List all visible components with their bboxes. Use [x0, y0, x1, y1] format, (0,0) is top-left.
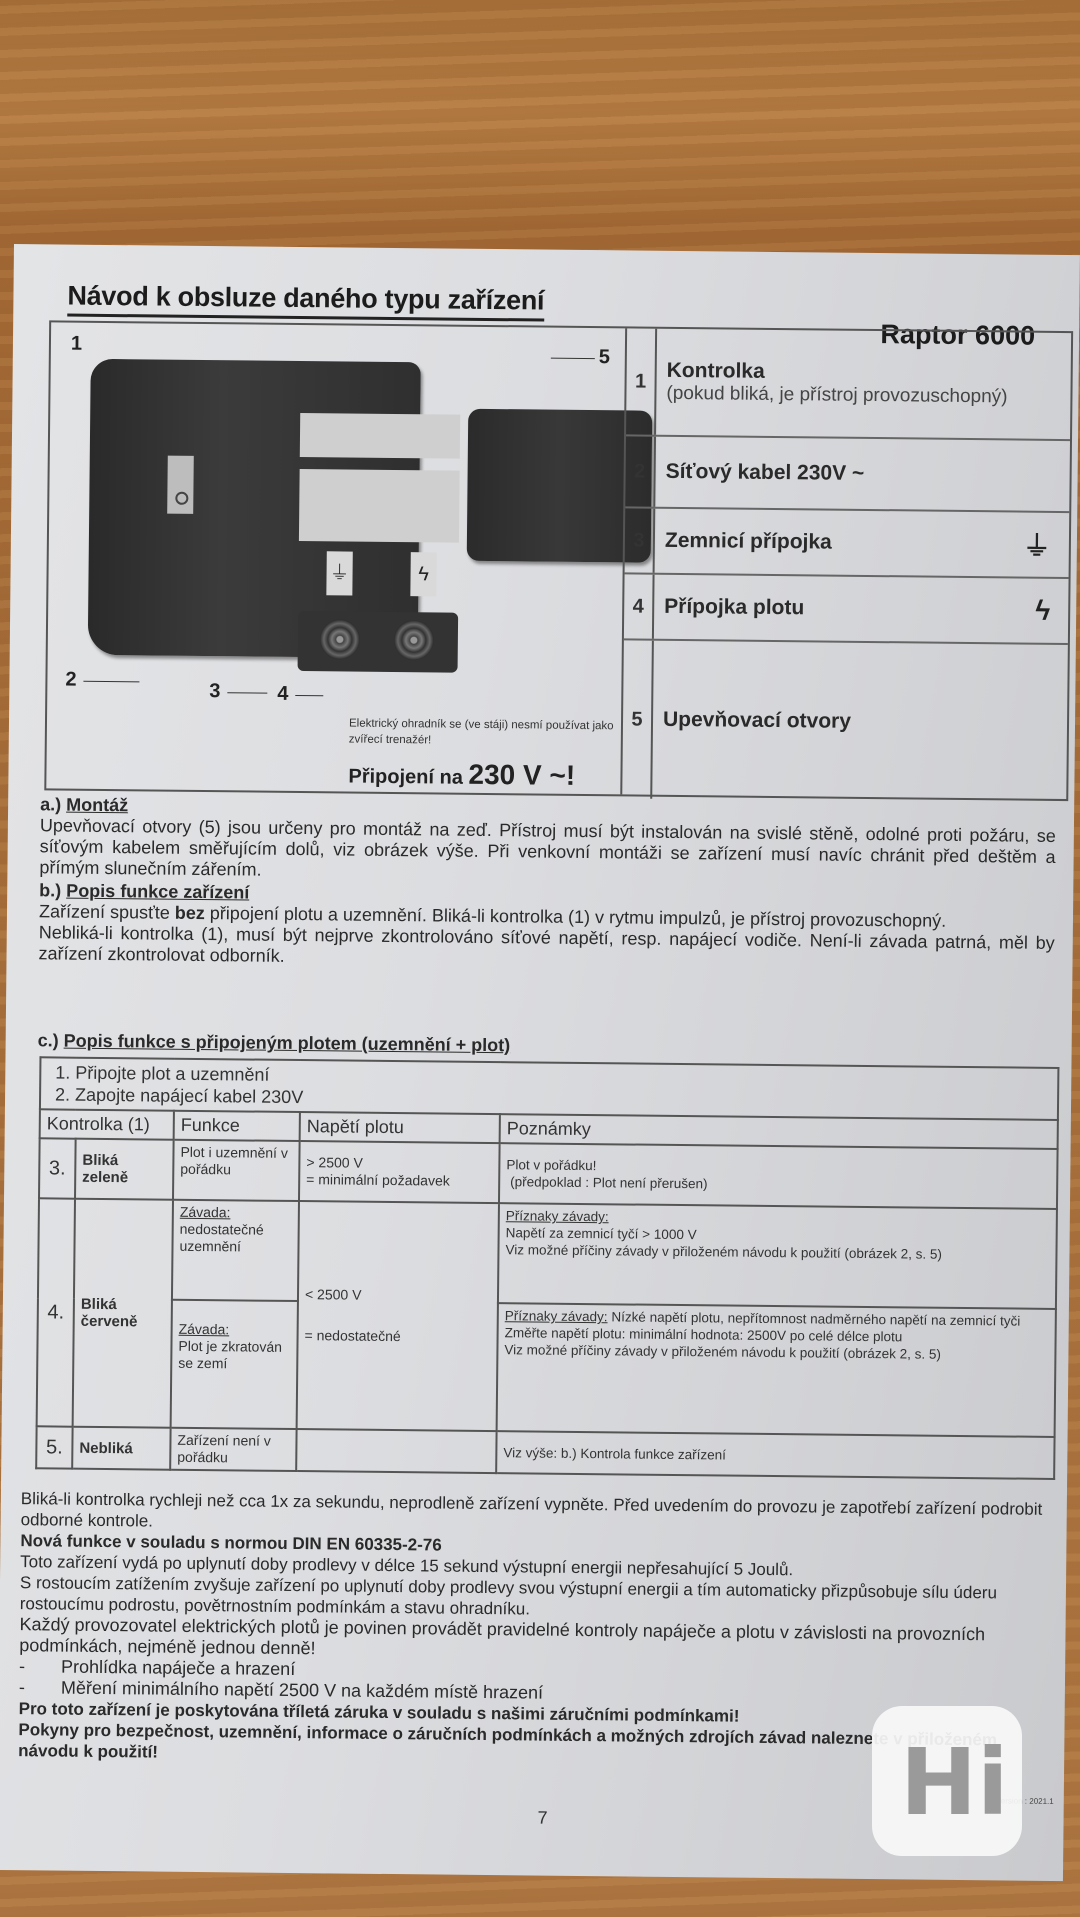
notes-cell: Příznaky závady: Nízké napětí plotu, nep…	[497, 1303, 1056, 1437]
voltage-connection-note: Připojení na 230 V ~!	[348, 758, 575, 792]
indicator-state: Nebliká	[72, 1427, 170, 1470]
legend-text: Zemnicí přípojka ⏚	[655, 509, 1070, 577]
device-figure-box: ⏚ ϟ 1 2 3 4 5 Elektrický ohradník se (ve…	[44, 320, 1073, 801]
instruction-sheet: Návod k obsluze daného typu zařízení Rap…	[0, 244, 1080, 1881]
section-b: b.) Popis funkce zařízení Zařízení spusť…	[38, 880, 1055, 975]
legend-label: Zemnicí přípojka	[665, 529, 832, 555]
text-emphasis: bez	[175, 903, 205, 923]
legend-label: Kontrolka	[667, 359, 765, 384]
section-title: Popis funkce s připojeným plotem (uzemně…	[64, 1031, 511, 1056]
table-row: Závada: Plot je zkratován se zemí Přízna…	[37, 1298, 1056, 1437]
energizer-device-illustration: ⏚ ϟ	[88, 359, 421, 658]
callout-leader	[227, 692, 267, 693]
ground-terminal-icon: ⏚	[326, 551, 352, 595]
legend-row-5: 5 Upevňovací otvory	[622, 640, 1068, 803]
terminal-block	[298, 611, 459, 673]
document-title: Návod k obsluze daného typu zařízení	[67, 281, 544, 322]
voltage-value: < 2500 V	[305, 1286, 491, 1305]
legend-number: 5	[622, 640, 654, 798]
callout-leader	[83, 681, 139, 683]
voltage-cell: < 2500 V = nedostatečné	[297, 1201, 499, 1431]
legend-label: Síťový kabel 230V ~	[655, 437, 1070, 511]
legend-text: Přípojka plotu ϟ	[654, 575, 1069, 643]
legend-row-2: 2 Síťový kabel 230V ~	[625, 436, 1070, 513]
legend-text: Kontrolka (pokud bliká, je přístroj prov…	[656, 329, 1071, 439]
legend-number: 2	[625, 436, 656, 506]
voltage-cell: > 2500 V = minimální požadavek	[299, 1141, 500, 1203]
function-table: 1. Připojte plot a uzemnění 2. Zapojte n…	[35, 1056, 1059, 1480]
section-prefix: a.)	[40, 794, 61, 814]
header-function: Funkce	[174, 1111, 300, 1141]
legend-sublabel: (pokud bliká, je přístroj provozuschopný…	[666, 383, 1007, 409]
fault-label: Závada:	[179, 1321, 291, 1339]
parts-legend: 1 Kontrolka (pokud bliká, je přístroj pr…	[620, 328, 1071, 799]
bullet-icon: -	[19, 1677, 61, 1698]
legend-number: 4	[624, 574, 655, 638]
page-number: 7	[537, 1808, 547, 1829]
ground-symbol-icon: ⏚	[1023, 525, 1051, 565]
fence-knob-icon	[394, 620, 434, 660]
header-voltage: Napětí plotu	[300, 1112, 500, 1143]
function-cell: Závada: nedostatečné uzemnění	[172, 1200, 299, 1301]
watermark-text: Hi	[900, 1748, 1009, 1818]
bullet-icon: -	[19, 1656, 61, 1677]
legend-number: 1	[626, 328, 657, 434]
row-number: 3.	[39, 1138, 76, 1198]
row-number: 4.	[37, 1198, 75, 1426]
legend-row-1: 1 Kontrolka (pokud bliká, je přístroj pr…	[626, 328, 1071, 441]
stable-warning-note: Elektrický ohradník se (ve stáji) nesmí …	[349, 716, 629, 751]
indicator-lamp-illustration	[167, 456, 194, 514]
callout-1: 1	[71, 333, 82, 356]
lightning-symbol-icon: ϟ	[1035, 595, 1050, 627]
legend-row-4: 4 Přípojka plotu ϟ	[624, 574, 1069, 645]
section-a-text: Upevňovací otvory (5) jsou určeny pro mo…	[39, 815, 1056, 889]
function-cell: Plot i uzemnění v pořádku	[173, 1140, 300, 1201]
indicator-state: Bliká zeleně	[75, 1139, 174, 1200]
callout-3: 3	[209, 680, 220, 703]
voltage-value: > 2500 V	[306, 1154, 492, 1173]
function-cell: Závada: Plot je zkratován se zemí	[171, 1300, 298, 1429]
section-title: Popis funkce zařízení	[66, 881, 249, 903]
section-prefix: b.)	[39, 880, 61, 900]
function-cell: Zařízení není v pořádku	[170, 1428, 296, 1471]
fault-label: Závada:	[180, 1204, 292, 1222]
callout-2: 2	[65, 669, 76, 692]
voltage-cell	[296, 1429, 496, 1473]
callout-leader	[295, 695, 323, 696]
ground-knob-icon	[320, 619, 360, 659]
section-title: Montáž	[66, 795, 128, 816]
header-indicator: Kontrolka (1)	[40, 1109, 174, 1139]
site-watermark-logo: Hi	[872, 1706, 1022, 1856]
connect-prefix: Připojení na	[348, 766, 463, 789]
legend-row-3: 3 Zemnicí přípojka ⏚	[625, 508, 1070, 579]
label-strip	[299, 469, 460, 543]
fence-terminal-icon: ϟ	[410, 552, 436, 596]
label-strip	[300, 413, 460, 459]
callout-4: 4	[277, 683, 288, 706]
indicator-state: Bliká červeně	[73, 1199, 173, 1428]
text-fragment: Zařízení spusťte	[39, 901, 170, 922]
section-prefix: c.)	[38, 1030, 59, 1050]
callout-5: 5	[599, 346, 610, 369]
notes-cell: Viz výše: b.) Kontrola funkce zařízení	[496, 1431, 1054, 1479]
fault-text: nedostatečné uzemnění	[179, 1221, 291, 1256]
voltage-note: = nedostatečné	[304, 1327, 490, 1346]
check-text: Prohlídka napáječe a hrazení	[61, 1657, 295, 1680]
table-row: 3. Bliká zeleně Plot i uzemnění v pořádk…	[39, 1138, 1058, 1209]
symptom-label: Příznaky závady:	[505, 1308, 608, 1324]
notes-cell: Plot v pořádku! (předpoklad : Plot není …	[499, 1143, 1058, 1209]
row-number: 5.	[36, 1426, 72, 1468]
fault-text: Plot je zkratován se zemí	[178, 1338, 290, 1373]
table-row: 4. Bliká červeně Závada: nedostatečné uz…	[38, 1198, 1057, 1309]
section-a: a.) Montáž Upevňovací otvory (5) jsou ur…	[39, 794, 1056, 889]
legend-label: Přípojka plotu	[664, 595, 804, 620]
voltage-note: = minimální požadavek	[306, 1171, 492, 1190]
notes-cell: Příznaky závady: Napětí za zemnicí tyčí …	[498, 1203, 1057, 1309]
legend-number: 3	[625, 508, 656, 572]
connect-voltage: 230 V ~!	[468, 759, 575, 791]
callout-leader	[551, 358, 595, 359]
legend-label: Upevňovací otvory	[652, 641, 1068, 803]
